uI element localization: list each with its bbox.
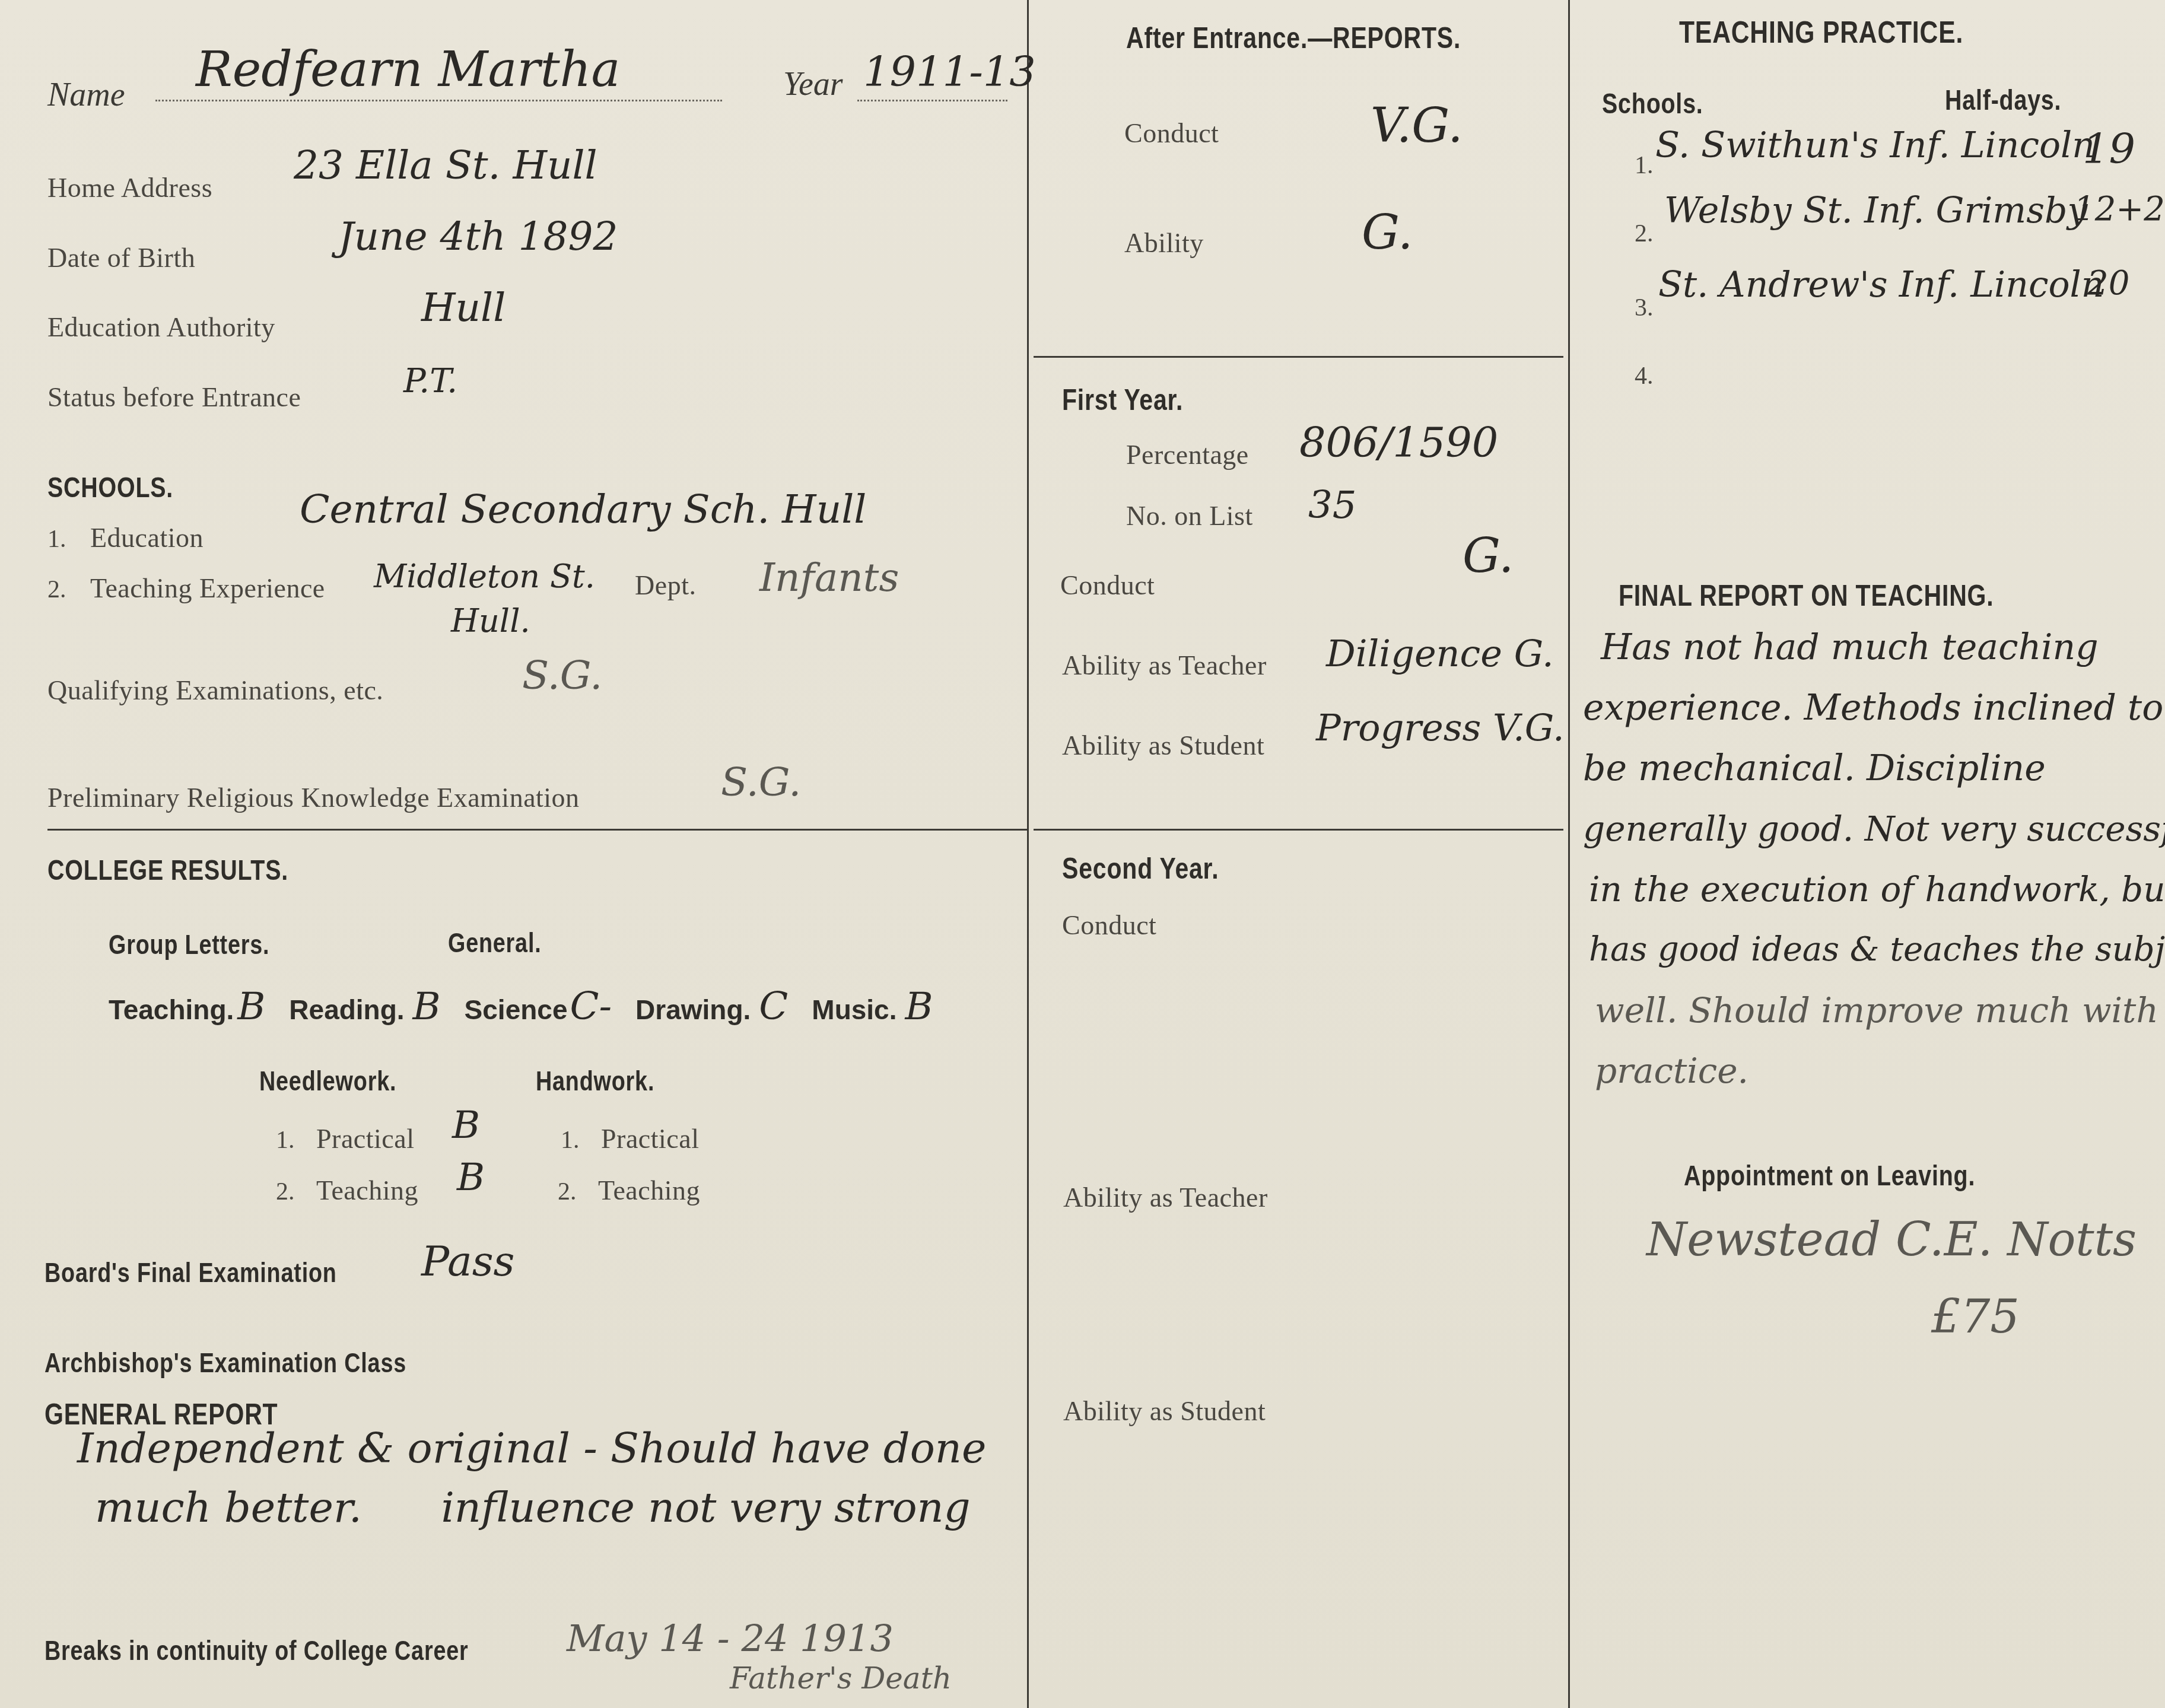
final-report-line: experience. Methods inclined to [1583,678,2165,738]
practice-row-2-school: Welsby St. Inf. Grimsby [1664,190,2087,231]
needlework-teaching-number: 2. [276,1178,295,1206]
appointment-value-line1: Newstead C.E. Notts [1646,1213,2137,1267]
practice-row-3-school: St. Andrew's Inf. Lincoln [1658,264,2104,306]
after-entrance-ability-label: Ability [1124,227,1204,259]
teaching-experience-number: 2. [47,575,66,604]
appointment-value-line2: £75 [1931,1290,2020,1344]
column-divider-left [1027,0,1029,1708]
schools-column-label: Schools. [1602,88,1703,120]
dob-value: June 4th 1892 [338,214,618,259]
handwork-heading: Handwork. [536,1065,654,1097]
needlework-heading: Needlework. [259,1065,396,1097]
grade-label-teaching: Teaching. [109,994,234,1026]
status-label: Status before Entrance [47,381,301,413]
practice-row-1-number: 1. [1635,151,1654,180]
after-entrance-conduct-value: V.G. [1371,98,1463,153]
general-report-line2: much better. influence not very strong [95,1483,970,1532]
group-grades-row: Teaching. B Reading. B Science C- Drawin… [109,985,933,1029]
after-entrance-divider [1034,356,1563,358]
first-year-conduct-value: G. [1463,528,1514,583]
second-year-teacher-label: Ability as Teacher [1063,1182,1268,1213]
education-authority-label: Education Authority [47,311,275,343]
second-year-heading: Second Year. [1062,851,1219,886]
name-value: Redfearn Martha [196,42,620,98]
teaching-practice-heading: TEACHING PRACTICE. [1679,15,1963,50]
boards-final-value: Pass [421,1237,515,1286]
practice-row-2-halfdays: 12+2 [2074,190,2165,228]
group-letters-label: Group Letters. [109,928,269,960]
education-label: Education [90,522,204,554]
grade-value-reading: B [413,985,441,1029]
appointment-heading: Appointment on Leaving. [1684,1160,1975,1192]
education-authority-value: Hull [421,285,506,330]
general-report-line1: Independent & original - Should have don… [77,1424,986,1472]
breaks-value-line2: Father's Death [730,1661,952,1696]
practice-row-4-number: 4. [1635,362,1654,390]
first-year-teacher-value: Diligence G. [1326,632,1554,675]
handwork-teaching-label: Teaching [598,1175,700,1206]
first-year-heading: First Year. [1062,383,1183,417]
religious-exam-value: S.G. [721,759,801,805]
final-report-line: well. Should improve much with [1595,980,2165,1041]
teaching-experience-label: Teaching Experience [90,572,325,604]
needlework-practical-number: 1. [276,1126,295,1154]
breaks-label: Breaks in continuity of College Career [44,1634,468,1666]
grade-value-drawing: C [759,985,788,1029]
after-entrance-conduct-label: Conduct [1124,117,1219,149]
religious-exam-label: Preliminary Religious Knowledge Examinat… [47,782,580,813]
grade-value-teaching: B [237,985,265,1029]
student-record-card: Name Redfearn Martha Year 1911-13 Home A… [0,0,2165,1708]
final-report-body: Has not had much teaching experience. Me… [1583,617,2165,1101]
qualifying-exams-value: S.G. [522,653,602,698]
halfdays-column-label: Half-days. [1945,84,2061,117]
schools-heading: SCHOOLS. [47,472,173,504]
year-value: 1911-13 [863,47,1036,96]
second-year-student-label: Ability as Student [1063,1395,1266,1427]
no-on-list-label: No. on List [1126,500,1253,532]
needlework-teaching-label: Teaching [316,1175,418,1206]
boards-final-label: Board's Final Examination [44,1257,337,1289]
breaks-value-line1: May 14 - 24 1913 [567,1617,894,1660]
after-entrance-ability-value: G. [1362,205,1413,260]
status-value: P.T. [403,362,457,400]
home-address-value: 23 Ella St. Hull [294,142,597,188]
final-report-heading: FINAL REPORT ON TEACHING. [1619,578,1994,613]
year-dotted-line [857,100,1007,101]
education-number: 1. [47,525,66,554]
percentage-label: Percentage [1126,439,1249,470]
first-year-conduct-label: Conduct [1060,570,1155,601]
after-entrance-heading: After Entrance.—REPORTS. [1126,21,1461,55]
practice-row-3-halfdays: 20 [2087,264,2129,303]
grade-value-music: B [905,985,933,1029]
needlework-teaching-value: B [457,1156,485,1200]
needlework-practical-value: B [452,1103,480,1147]
grade-label-reading: Reading. [289,994,404,1026]
college-results-heading: COLLEGE RESULTS. [47,854,288,887]
needlework-practical-label: Practical [316,1123,414,1154]
teaching-experience-value-line1: Middleton St. [374,558,595,595]
archbishop-exam-label: Archbishop's Examination Class [44,1347,406,1379]
first-year-divider [1034,829,1563,831]
general-label: General. [448,927,542,959]
grade-label-music: Music. [812,994,896,1026]
home-address-label: Home Address [47,172,212,203]
second-year-conduct-label: Conduct [1062,909,1156,941]
handwork-practical-label: Practical [601,1123,699,1154]
handwork-practical-number: 1. [561,1126,580,1154]
final-report-line: be mechanical. Discipline [1583,738,2165,799]
grade-label-science: Science [465,994,568,1026]
final-report-line: Has not had much teaching [1601,617,2165,678]
year-label: Year [783,65,843,103]
final-report-line: has good ideas & teaches the subject [1589,920,2165,980]
grade-label-drawing: Drawing. [635,994,751,1026]
dept-label: Dept. [635,570,696,601]
no-on-list-value: 35 [1308,484,1356,527]
practice-row-1-school: S. Swithun's Inf. Lincoln [1655,125,2095,166]
practice-row-1-halfdays: 19 [2083,125,2135,173]
dept-value: Infants [759,555,899,600]
first-year-student-value: Progress V.G. [1316,706,1565,749]
qualifying-exams-label: Qualifying Examinations, etc. [47,675,383,706]
final-report-line: generally good. Not very successful [1583,799,2165,859]
first-year-teacher-label: Ability as Teacher [1062,650,1267,681]
final-report-line: practice. [1595,1041,2165,1101]
name-label: Name [47,76,125,114]
first-year-student-label: Ability as Student [1062,730,1264,761]
final-report-line: in the execution of handwork, but [1589,859,2165,920]
percentage-value: 806/1590 [1299,418,1498,467]
left-section-divider [47,829,1027,831]
name-dotted-line [155,100,722,101]
practice-row-3-number: 3. [1635,294,1654,322]
teaching-experience-value-line2: Hull. [451,602,530,640]
handwork-teaching-number: 2. [558,1178,577,1206]
dob-label: Date of Birth [47,242,195,273]
column-divider-right [1568,0,1570,1708]
practice-row-2-number: 2. [1635,220,1654,248]
education-value: Central Secondary Sch. Hull [300,486,866,532]
grade-value-science: C- [570,985,612,1029]
